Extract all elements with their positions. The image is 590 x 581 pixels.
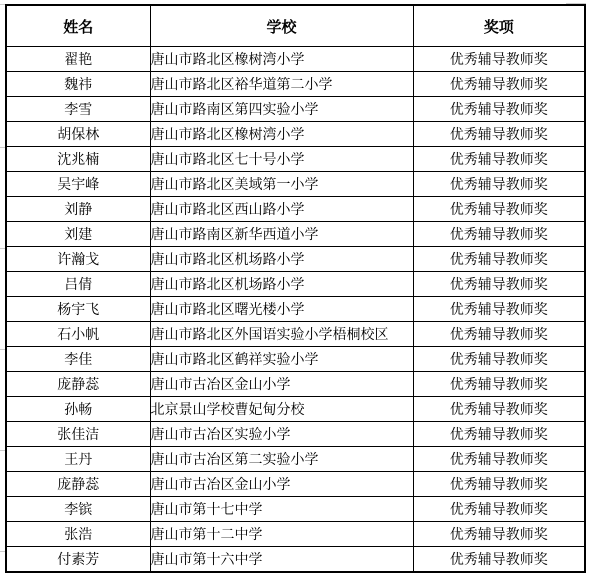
cell-school: 唐山市第十二中学	[150, 522, 413, 547]
cell-name: 李镔	[6, 497, 150, 522]
cell-school: 唐山市路北区橡树湾小学	[150, 47, 413, 72]
table-row: 杨宇飞唐山市路北区曙光楼小学优秀辅导教师奖	[6, 297, 585, 322]
table-row: 李镔唐山市第十七中学优秀辅导教师奖	[6, 497, 585, 522]
cell-name: 王丹	[6, 447, 150, 472]
table-row: 石小帆唐山市路北区外国语实验小学梧桐校区优秀辅导教师奖	[6, 322, 585, 347]
cell-award: 优秀辅导教师奖	[413, 472, 585, 497]
cell-award: 优秀辅导教师奖	[413, 97, 585, 122]
table-row: 王丹唐山市古冶区第二实验小学优秀辅导教师奖	[6, 447, 585, 472]
cell-school: 唐山市路南区第四实验小学	[150, 97, 413, 122]
cell-award: 优秀辅导教师奖	[413, 72, 585, 97]
cell-name: 庞静蕊	[6, 472, 150, 497]
table-row: 刘建唐山市路南区新华西道小学优秀辅导教师奖	[6, 222, 585, 247]
cell-award: 优秀辅导教师奖	[413, 422, 585, 447]
cell-award: 优秀辅导教师奖	[413, 272, 585, 297]
table-row: 吴宇峰唐山市路北区美域第一小学优秀辅导教师奖	[6, 172, 585, 197]
cell-school: 唐山市古冶区金山小学	[150, 472, 413, 497]
table-row: 孙畅北京景山学校曹妃甸分校优秀辅导教师奖	[6, 397, 585, 422]
cell-school: 唐山市路北区橡树湾小学	[150, 122, 413, 147]
cell-name: 杨宇飞	[6, 297, 150, 322]
cell-award: 优秀辅导教师奖	[413, 497, 585, 522]
cell-school: 唐山市古冶区实验小学	[150, 422, 413, 447]
table-row: 胡保林唐山市路北区橡树湾小学优秀辅导教师奖	[6, 122, 585, 147]
cell-school: 唐山市路北区裕华道第二小学	[150, 72, 413, 97]
cell-name: 李雪	[6, 97, 150, 122]
cell-award: 优秀辅导教师奖	[413, 222, 585, 247]
cell-award: 优秀辅导教师奖	[413, 172, 585, 197]
cell-award: 优秀辅导教师奖	[413, 297, 585, 322]
cell-award: 优秀辅导教师奖	[413, 547, 585, 573]
cell-school: 唐山市路北区鹤祥实验小学	[150, 347, 413, 372]
cell-award: 优秀辅导教师奖	[413, 372, 585, 397]
cell-name: 吴宇峰	[6, 172, 150, 197]
cell-school: 唐山市古冶区第二实验小学	[150, 447, 413, 472]
cell-award: 优秀辅导教师奖	[413, 247, 585, 272]
table-row: 翟艳唐山市路北区橡树湾小学优秀辅导教师奖	[6, 47, 585, 72]
cell-name: 庞静蕊	[6, 372, 150, 397]
cell-name: 李佳	[6, 347, 150, 372]
cell-name: 张佳洁	[6, 422, 150, 447]
table-row: 李佳唐山市路北区鹤祥实验小学优秀辅导教师奖	[6, 347, 585, 372]
cell-name: 胡保林	[6, 122, 150, 147]
table-row: 张浩唐山市第十二中学优秀辅导教师奖	[6, 522, 585, 547]
cell-award: 优秀辅导教师奖	[413, 197, 585, 222]
table-row: 沈兆楠唐山市路北区七十号小学优秀辅导教师奖	[6, 147, 585, 172]
table-row: 庞静蕊唐山市古冶区金山小学优秀辅导教师奖	[6, 372, 585, 397]
cell-name: 翟艳	[6, 47, 150, 72]
cell-school: 唐山市古冶区金山小学	[150, 372, 413, 397]
header-cell-school: 学校	[150, 5, 413, 47]
table-body: 翟艳唐山市路北区橡树湾小学优秀辅导教师奖魏祎唐山市路北区裕华道第二小学优秀辅导教…	[6, 47, 585, 573]
cell-name: 魏祎	[6, 72, 150, 97]
cell-name: 孙畅	[6, 397, 150, 422]
header-cell-name: 姓名	[6, 5, 150, 47]
table-row: 许瀚戈唐山市路北区机场路小学优秀辅导教师奖	[6, 247, 585, 272]
cell-award: 优秀辅导教师奖	[413, 122, 585, 147]
cell-school: 唐山市路北区美域第一小学	[150, 172, 413, 197]
cell-award: 优秀辅导教师奖	[413, 47, 585, 72]
cell-award: 优秀辅导教师奖	[413, 147, 585, 172]
cell-award: 优秀辅导教师奖	[413, 347, 585, 372]
cell-award: 优秀辅导教师奖	[413, 447, 585, 472]
cell-school: 唐山市路北区西山路小学	[150, 197, 413, 222]
table-row: 魏祎唐山市路北区裕华道第二小学优秀辅导教师奖	[6, 72, 585, 97]
table-row: 刘静唐山市路北区西山路小学优秀辅导教师奖	[6, 197, 585, 222]
table-row: 庞静蕊唐山市古冶区金山小学优秀辅导教师奖	[6, 472, 585, 497]
award-table-sheet: 姓名 学校 奖项 翟艳唐山市路北区橡树湾小学优秀辅导教师奖魏祎唐山市路北区裕华道…	[0, 0, 590, 581]
cell-name: 石小帆	[6, 322, 150, 347]
table-header: 姓名 学校 奖项	[6, 5, 585, 47]
cell-school: 唐山市路北区曙光楼小学	[150, 297, 413, 322]
cell-school: 北京景山学校曹妃甸分校	[150, 397, 413, 422]
cell-school: 唐山市路北区七十号小学	[150, 147, 413, 172]
award-table: 姓名 学校 奖项 翟艳唐山市路北区橡树湾小学优秀辅导教师奖魏祎唐山市路北区裕华道…	[5, 4, 586, 573]
header-row: 姓名 学校 奖项	[6, 5, 585, 47]
cell-name: 刘静	[6, 197, 150, 222]
cell-award: 优秀辅导教师奖	[413, 322, 585, 347]
table-row: 吕倩唐山市路北区机场路小学优秀辅导教师奖	[6, 272, 585, 297]
cell-name: 许瀚戈	[6, 247, 150, 272]
cell-name: 刘建	[6, 222, 150, 247]
cell-school: 唐山市路北区机场路小学	[150, 247, 413, 272]
cell-award: 优秀辅导教师奖	[413, 522, 585, 547]
header-cell-award: 奖项	[413, 5, 585, 47]
cell-school: 唐山市第十六中学	[150, 547, 413, 573]
cell-name: 吕倩	[6, 272, 150, 297]
cell-school: 唐山市路南区新华西道小学	[150, 222, 413, 247]
cell-name: 付素芳	[6, 547, 150, 573]
cell-school: 唐山市路北区机场路小学	[150, 272, 413, 297]
cell-school: 唐山市第十七中学	[150, 497, 413, 522]
cell-school: 唐山市路北区外国语实验小学梧桐校区	[150, 322, 413, 347]
cell-name: 沈兆楠	[6, 147, 150, 172]
table-row: 李雪唐山市路南区第四实验小学优秀辅导教师奖	[6, 97, 585, 122]
cell-award: 优秀辅导教师奖	[413, 397, 585, 422]
cell-name: 张浩	[6, 522, 150, 547]
table-row: 张佳洁唐山市古冶区实验小学优秀辅导教师奖	[6, 422, 585, 447]
table-row: 付素芳唐山市第十六中学优秀辅导教师奖	[6, 547, 585, 573]
